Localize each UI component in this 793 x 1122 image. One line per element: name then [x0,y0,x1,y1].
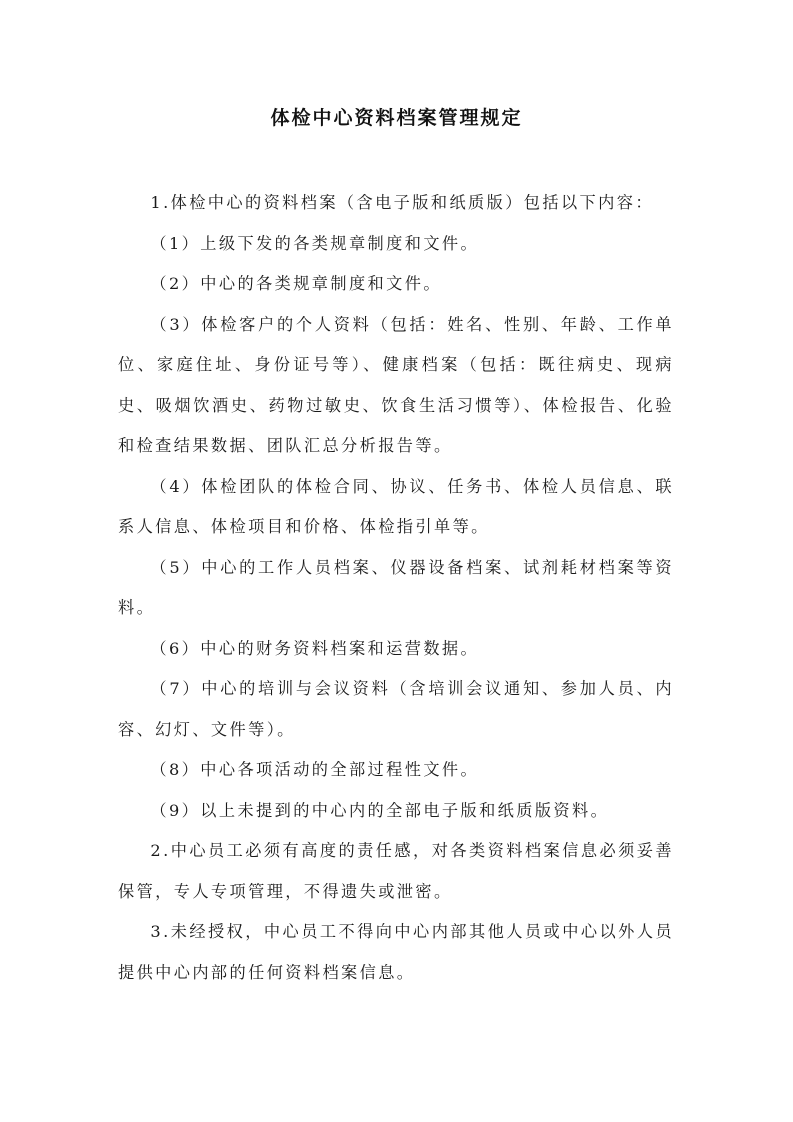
document-page: 体检中心资料档案管理规定 1.体检中心的资料档案（含电子版和纸质版）包括以下内容… [0,0,793,1122]
paragraph-item-5: （5）中心的工作人员档案、仪器设备档案、试剂耗材档案等资料。 [118,548,674,629]
paragraph-item-9: （9）以上未提到的中心内的全部电子版和纸质版资料。 [118,791,674,832]
paragraph-item-6: （6）中心的财务资料档案和运营数据。 [118,629,674,670]
paragraph-item-7: （7）中心的培训与会议资料（含培训会议通知、参加人员、内容、幻灯、文件等）。 [118,669,674,750]
paragraph-item-8: （8）中心各项活动的全部过程性文件。 [118,750,674,791]
paragraph-item-1: （1）上级下发的各类规章制度和文件。 [118,224,674,265]
paragraph-section-3: 3.未经授权，中心员工不得向中心内部其他人员或中心以外人员提供中心内部的任何资料… [118,912,674,993]
document-title: 体检中心资料档案管理规定 [0,103,793,130]
paragraph-item-4: （4）体检团队的体检合同、协议、任务书、体检人员信息、联系人信息、体检项目和价格… [118,467,674,548]
document-body: 1.体检中心的资料档案（含电子版和纸质版）包括以下内容： （1）上级下发的各类规… [118,183,674,993]
paragraph-item-3: （3）体检客户的个人资料（包括：姓名、性别、年龄、工作单位、家庭住址、身份证号等… [118,305,674,467]
paragraph-item-2: （2）中心的各类规章制度和文件。 [118,264,674,305]
paragraph-section-1: 1.体检中心的资料档案（含电子版和纸质版）包括以下内容： [118,183,674,224]
paragraph-section-2: 2.中心员工必须有高度的责任感，对各类资料档案信息必须妥善保管，专人专项管理，不… [118,831,674,912]
